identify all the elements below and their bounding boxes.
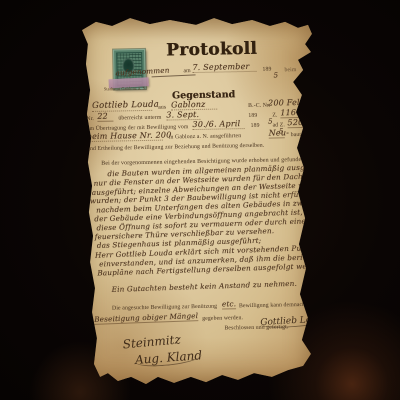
signature-official-1: Steinmitz	[122, 332, 181, 351]
applicant-name: Gottlieb Louda	[92, 100, 152, 112]
date-handwritten: 7. September	[192, 62, 256, 73]
signature-official-2: Aug. Kland	[135, 348, 203, 368]
ansuchen-label: das Ansuchen	[310, 111, 343, 118]
neu-handwritten: Neu-	[269, 128, 285, 138]
adz-number-handwritten: 5207	[287, 118, 308, 128]
footer-printed-2: Bewilligung kann demnach nach	[239, 302, 318, 310]
footer-etc-handwritten: etc.	[222, 299, 236, 309]
footer-defects-handwritten: Beseitigung obiger Mängel	[94, 311, 198, 325]
year-digit-handwritten: 5	[274, 71, 279, 79]
permit-date-handwritten: 30./6. April	[192, 119, 244, 130]
submission-date-handwritten: 3. Sept.	[166, 110, 200, 121]
ueberreicht-label: überreicht unterm	[118, 115, 161, 122]
aus-label: aus	[158, 105, 166, 111]
bc-number-label: B.-C. Nr.	[248, 103, 270, 109]
document-content: aufgenommen Stadtamt Gablonz a. N. Proto…	[70, 12, 321, 393]
signature-applicant: Gottlieb Louda	[260, 314, 328, 329]
year2-printed: 189	[248, 113, 257, 119]
footer-printed-3: gegeben werden.	[202, 315, 243, 322]
nr-label: Nr.	[86, 116, 94, 122]
protokoll-paper-sheet: aufgenommen Stadtamt Gablonz a. N. Proto…	[74, 14, 318, 390]
ausgefuehrt-printed: in Gablonz a. N. ausgeführten	[169, 133, 242, 140]
document-photograph: aufgenommen Stadtamt Gablonz a. N. Proto…	[0, 0, 400, 400]
nr-handwritten: 22	[97, 112, 113, 122]
bauten-printed: bauten	[291, 132, 307, 138]
year-printed: 189	[262, 67, 271, 73]
house-ref-handwritten: beim Hause Nr. 200	[87, 131, 163, 142]
document-title: Protokoll	[166, 39, 257, 61]
year3-printed: 189	[250, 123, 259, 129]
z-label: Z.	[272, 112, 277, 118]
closing-handwriting-line: Ein Gutachten besteht kein Anstand zu ne…	[112, 279, 298, 294]
office-name: Stadtamt Gablonz a. N.	[104, 87, 147, 92]
z-number-handwritten: 11600	[280, 108, 307, 119]
house-number-handwritten: 200 Feldhäuser	[268, 97, 334, 107]
am-label: am	[183, 68, 190, 74]
footer-printed-1: Die angesuchte Bewilligung zur Benützung	[112, 304, 217, 312]
beim-label: beim	[284, 67, 296, 73]
place-handwritten: Gablonz	[171, 100, 217, 111]
ertheilung-printed: und Ertheilung der Bewilligung zur Bezie…	[87, 143, 264, 152]
